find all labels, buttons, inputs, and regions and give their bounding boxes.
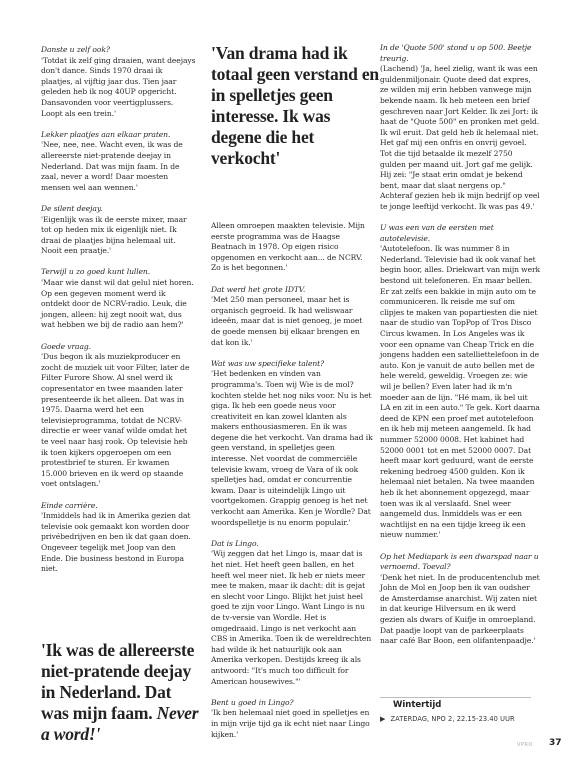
schedule-text: ZATERDAG, NPO 2, 22.15-23.40 UUR: [390, 715, 514, 723]
answer: 'Nee, nee, nee. Wacht even, ik was de al…: [41, 140, 183, 191]
qa-block: De silent deejay.'Eigenlijk was ik de ee…: [41, 204, 196, 257]
qa-block: Goede vraag.'Dus begon ik als muziekprod…: [41, 342, 196, 490]
answer: 'Autotelefoon. Ik was nummer 8 in Nederl…: [380, 244, 540, 539]
answer: 'Met 250 man personeel, maar het is orga…: [211, 295, 362, 346]
question: Dat werd het grote IDTV.: [211, 285, 373, 296]
question: In de 'Quote 500' stond u op 500. Beetje…: [380, 43, 540, 64]
question: De silent deejay.: [41, 204, 196, 215]
question: Op het Mediapark is een dwarspad naar u …: [380, 552, 540, 573]
qa-block: U was een van de eersten met autotelevis…: [380, 223, 540, 541]
question: Lekker plaatjes aan elkaar praten.: [41, 130, 196, 141]
answer: 'Het bedenken en vinden van programma's.…: [211, 369, 373, 526]
question: Goede vraag.: [41, 342, 196, 353]
column-1: Danste u zelf ook?'Totdat ik zelf ging d…: [41, 45, 196, 585]
qa-block: Bent u goed in Lingo?'Ik ben helemaal ni…: [211, 698, 373, 740]
answer: 'Totdat ik zelf ging draaien, want deeja…: [41, 56, 195, 118]
answer: 'Maar wie danst wil dat gelul niet horen…: [41, 278, 194, 329]
qa-block: Danste u zelf ook?'Totdat ik zelf ging d…: [41, 45, 196, 119]
answer: (Lachend) 'Ja, heel zielig, want ik was …: [380, 64, 540, 211]
question: Dat is Lingo.: [211, 539, 373, 550]
answer: 'Denk het niet. In de producentenclub me…: [380, 573, 540, 646]
qa-block: Lekker plaatjes aan elkaar praten.'Nee, …: [41, 130, 196, 194]
question: Einde carrière.: [41, 501, 196, 512]
question: Wat was uw specifieke talent?: [211, 359, 373, 370]
column-2: Alleen omroepen maakten televisie. Mijn …: [211, 221, 373, 751]
qa-block: Einde carrière.'Inmiddels had ik in Amer…: [41, 501, 196, 575]
qa-block: Terwijl u zo goed kunt lullen.'Maar wie …: [41, 267, 196, 331]
pullquote-text: 'Van drama had ik totaal geen verstand e…: [211, 43, 379, 168]
answer: 'Wij zeggen dat het Lingo is, maar dat i…: [211, 549, 371, 685]
answer: 'Inmiddels had ik in Amerika gezien dat …: [41, 511, 191, 573]
answer-continued: Alleen omroepen maakten televisie. Mijn …: [211, 221, 373, 274]
qa-block: Dat werd het grote IDTV.'Met 250 man per…: [211, 285, 373, 349]
infobox-schedule: ▶ZATERDAG, NPO 2, 22.15-23.40 UUR: [380, 715, 515, 723]
infobox-title: Wintertijd: [393, 700, 441, 710]
play-triangle-icon: ▶: [380, 715, 385, 723]
answer: 'Eigenlijk was ik de eerste mixer, maar …: [41, 215, 187, 256]
pullquote-top: 'Van drama had ik totaal geen verstand e…: [211, 43, 381, 169]
qa-block: In de 'Quote 500' stond u op 500. Beetje…: [380, 43, 540, 213]
infobox-divider: [380, 697, 531, 698]
pullquote-left: 'Ik was de allereerste niet-pratende dee…: [41, 640, 201, 745]
qa-block: Dat is Lingo.'Wij zeggen dat het Lingo i…: [211, 539, 373, 687]
magazine-logo: VPRO: [517, 742, 533, 748]
question: Danste u zelf ook?: [41, 45, 196, 56]
column-3: In de 'Quote 500' stond u op 500. Beetje…: [380, 43, 540, 657]
question: Bent u goed in Lingo?: [211, 698, 373, 709]
question: Terwijl u zo goed kunt lullen.: [41, 267, 196, 278]
answer: 'Ik ben helemaal niet goed in spelletjes…: [211, 708, 370, 738]
answer: 'Dus begon ik als muziekproducer en zoch…: [41, 352, 189, 488]
qa-block: Op het Mediapark is een dwarspad naar u …: [380, 552, 540, 647]
question: U was een van de eersten met autotelevis…: [380, 223, 540, 244]
qa-block: Wat was uw specifieke talent?'Het bedenk…: [211, 359, 373, 529]
page-number: 37: [549, 738, 562, 748]
